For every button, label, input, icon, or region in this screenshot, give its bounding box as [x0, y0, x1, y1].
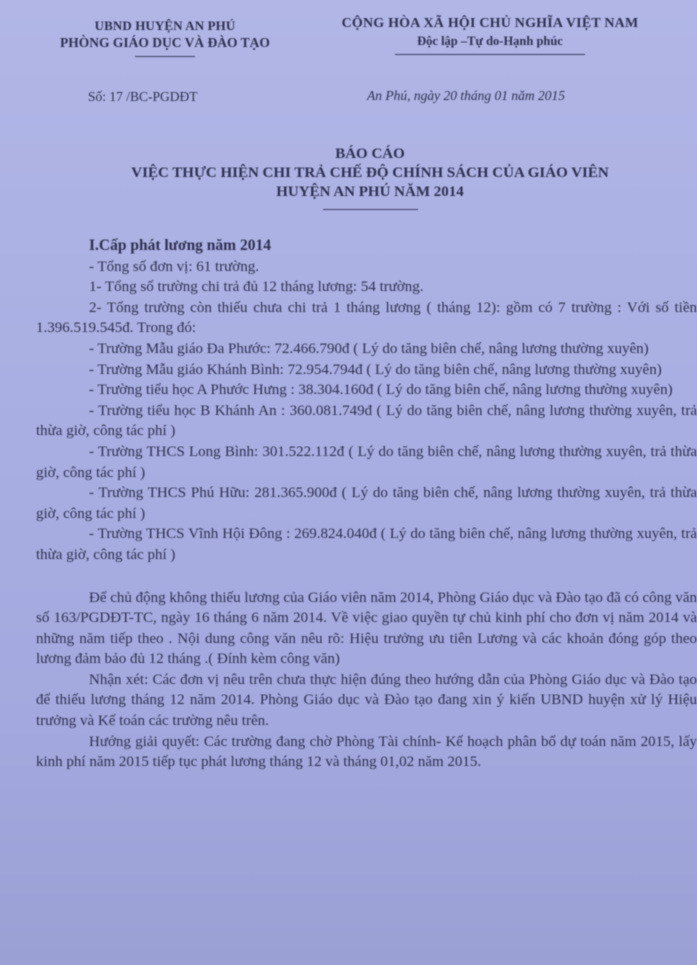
divider [323, 209, 418, 210]
issuing-agency-header: UBND HUYỆN AN PHÚ PHÒNG GIÁO DỤC VÀ ĐÀO … [30, 18, 300, 57]
proactive-paragraph: Để chủ động không thiếu lương của Giáo v… [36, 588, 697, 670]
item-2: 2- Tổng trường còn thiếu chưa chi trả 1 … [36, 298, 697, 339]
school-entry: - Trường tiểu học B Khánh An : 360.081.7… [36, 401, 697, 442]
item-1: 1- Tổng số trường chi trả đủ 12 tháng lư… [36, 277, 697, 298]
national-title: CỘNG HÒA XÃ HỘI CHỦ NGHĨA VIỆT NAM [305, 16, 675, 32]
place-date: An Phú, ngày 20 tháng 01 năm 2015 [367, 88, 565, 104]
solution-paragraph: Hướng giải quyết: Các trường đang chờ Ph… [36, 732, 697, 773]
school-entry: - Trường THCS Vĩnh Hội Đông : 269.824.04… [36, 524, 697, 565]
spacer [36, 566, 697, 588]
report-title: BÁO CÁO VIỆC THỰC HIỆN CHI TRẢ CHẾ ĐỘ CH… [40, 146, 697, 210]
divider [135, 56, 195, 57]
title-line-3: HUYỆN AN PHÚ NĂM 2014 [40, 184, 697, 201]
school-entry: - Trường THCS Long Bình: 301.522.112đ ( … [36, 442, 697, 483]
document-page: UBND HUYỆN AN PHÚ PHÒNG GIÁO DỤC VÀ ĐÀO … [0, 0, 697, 965]
education-office: PHÒNG GIÁO DỤC VÀ ĐÀO TẠO [30, 35, 300, 51]
district-committee: UBND HUYỆN AN PHÚ [30, 18, 300, 34]
report-body: I.Cấp phát lương năm 2014 - Tổng số đơn … [36, 236, 697, 773]
school-entry: - Trường THCS Phú Hữu: 281.365.900đ ( Lý… [36, 483, 697, 524]
school-entry: - Trường Mẫu giáo Đa Phước: 72.466.790đ … [36, 339, 697, 360]
school-entry: - Trường tiểu học A Phước Hưng : 38.304.… [36, 380, 697, 401]
national-motto: Độc lập –Tự do-Hạnh phúc [305, 34, 675, 49]
national-motto-header: CỘNG HÒA XÃ HỘI CHỦ NGHĨA VIỆT NAM Độc l… [305, 16, 675, 55]
divider [395, 54, 585, 55]
title-line-2: VIỆC THỰC HIỆN CHI TRẢ CHẾ ĐỘ CHÍNH SÁCH… [40, 165, 697, 182]
total-units: - Tổng số đơn vị: 61 trường. [36, 257, 697, 278]
title-line-1: BÁO CÁO [40, 146, 697, 163]
document-number: Số: 17 /BC-PGDĐT [88, 89, 198, 105]
remark-paragraph: Nhận xét: Các đơn vị nêu trên chưa thực … [36, 670, 697, 732]
school-entry: - Trường Mẫu giáo Khánh Bình: 72.954.794… [36, 360, 697, 381]
section-heading: I.Cấp phát lương năm 2014 [36, 236, 697, 257]
